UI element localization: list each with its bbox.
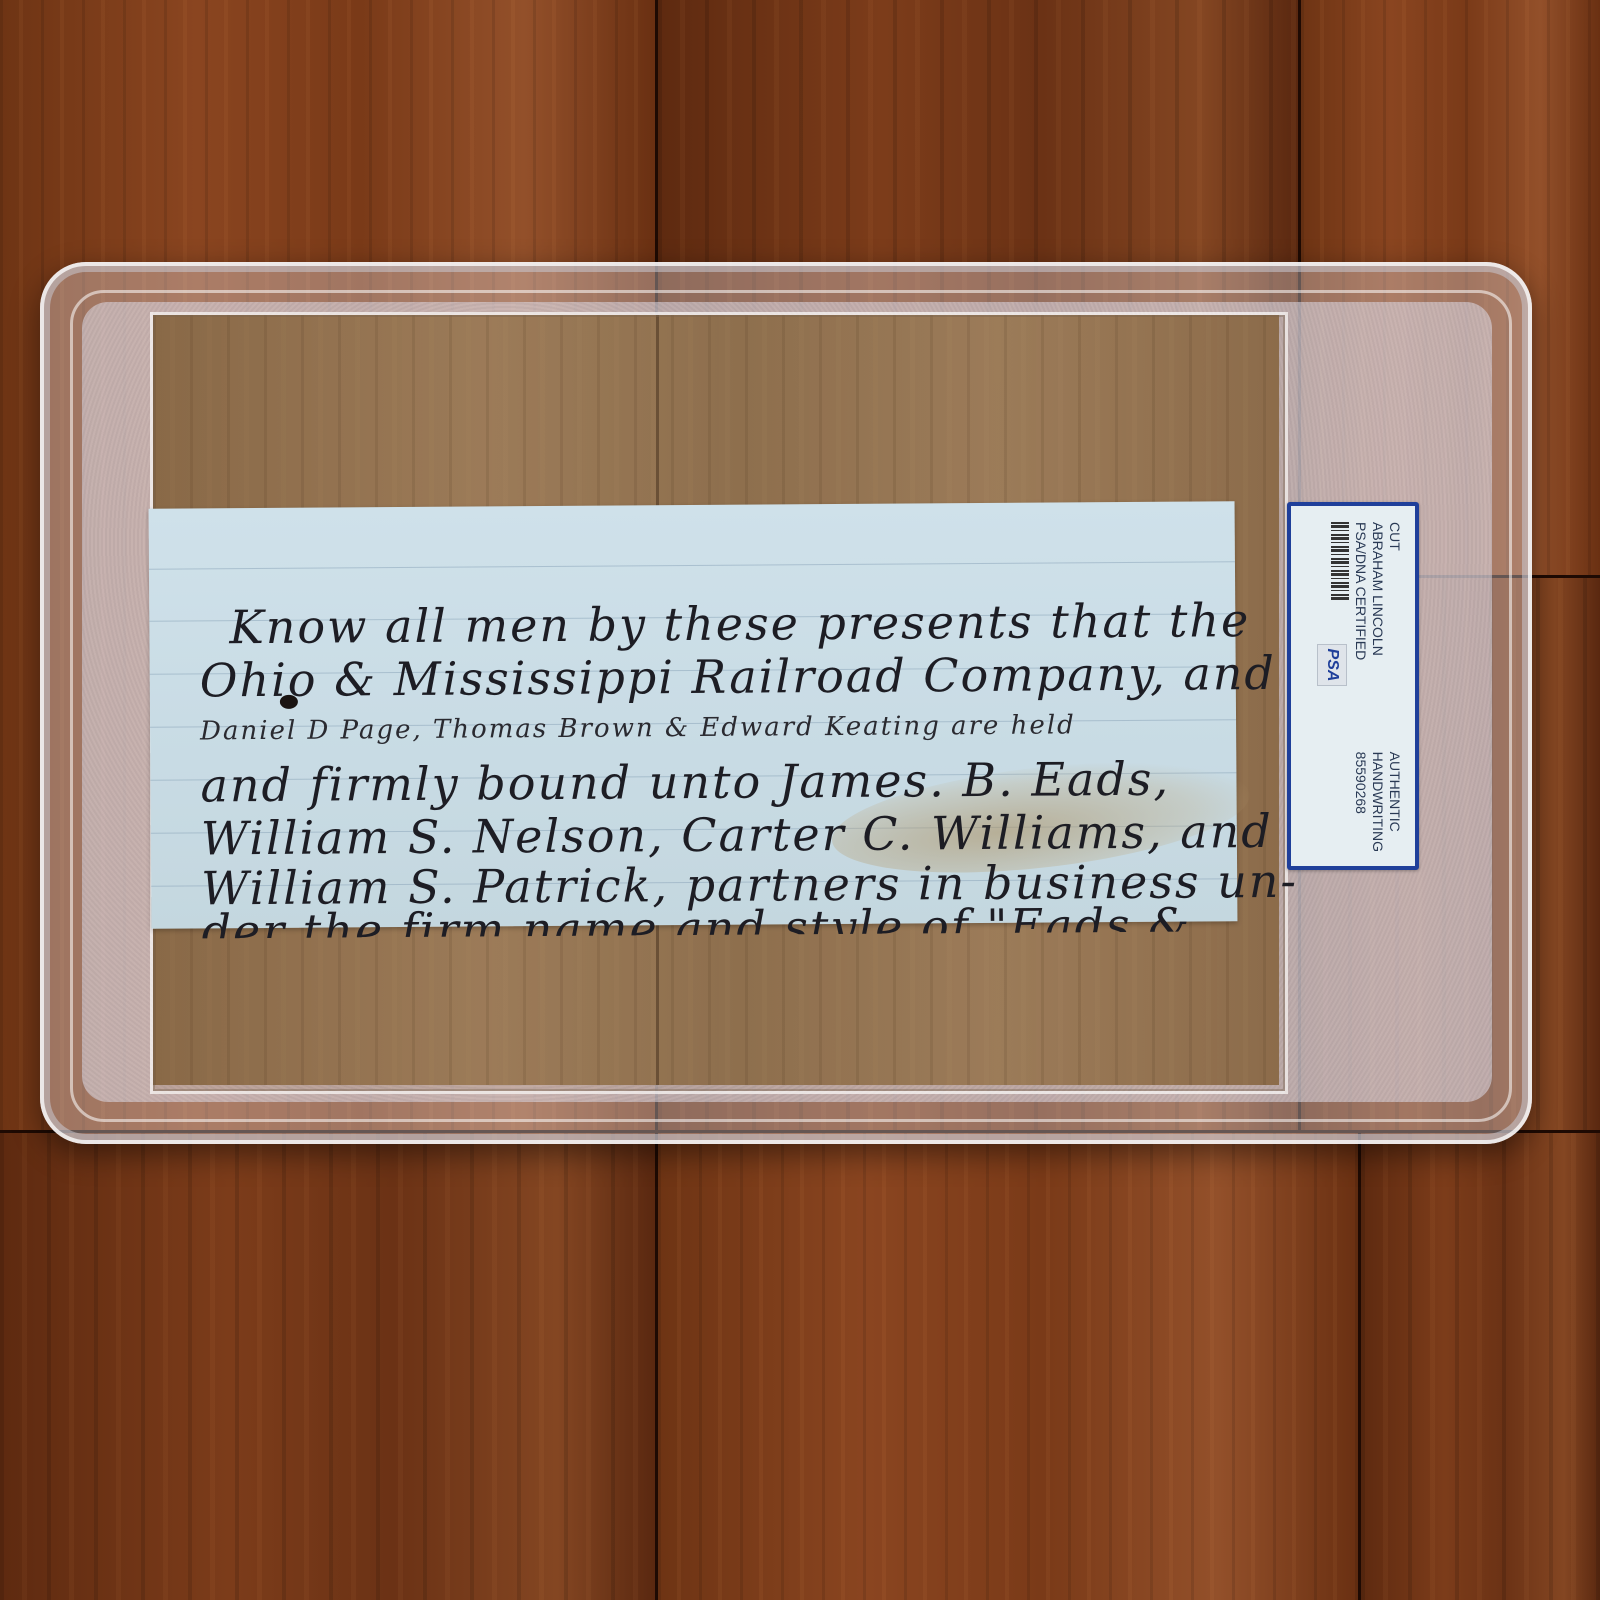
barcode-icon <box>1331 522 1349 600</box>
label-subject: ABRAHAM LINCOLN <box>1369 522 1386 660</box>
psa-logo-icon: PSA <box>1317 644 1347 686</box>
handwritten-document: Know all men by these presents that the … <box>149 501 1238 929</box>
document-line: Ohio & Mississippi Railroad Company, and <box>200 646 1277 708</box>
psa-certification-label: CUT ABRAHAM LINCOLN PSA/DNA CERTIFIED PS… <box>1287 502 1419 870</box>
label-type: CUT <box>1386 522 1403 660</box>
ruled-line <box>149 561 1235 570</box>
label-item-kind: HANDWRITING <box>1369 752 1386 852</box>
floor-plank <box>1361 1133 1600 1600</box>
floor-plank <box>658 1133 1358 1600</box>
document-line: and firmly bound unto James. B. Eads, <box>200 752 1170 813</box>
label-certification: PSA/DNA CERTIFIED <box>1352 522 1369 660</box>
label-left-text: CUT ABRAHAM LINCOLN PSA/DNA CERTIFIED <box>1352 522 1403 660</box>
floor-plank <box>0 1133 655 1600</box>
document-line: Daniel D Page, Thomas Brown & Edward Kea… <box>200 710 1076 746</box>
label-right-text: AUTHENTIC HANDWRITING 85590268 <box>1352 752 1403 852</box>
label-grade: AUTHENTIC <box>1386 752 1403 852</box>
plank-seam <box>1358 1133 1361 1600</box>
label-cert-number: 85590268 <box>1352 752 1369 852</box>
document-line: Know all men by these presents that the <box>229 593 1250 654</box>
